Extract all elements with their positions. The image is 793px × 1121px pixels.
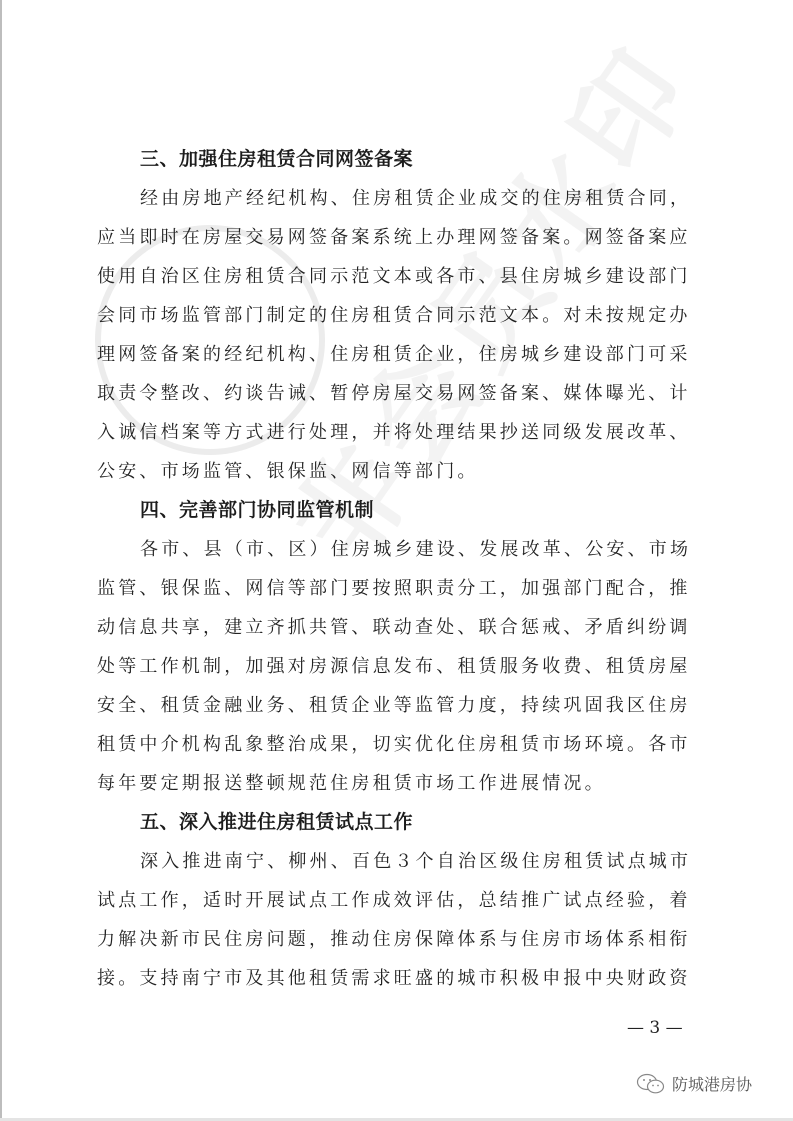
section-3: 三、加强住房租赁合同网签备案 经由房地产经纪机构、住房租赁企业成交的住房租赁合同…	[97, 140, 703, 491]
section-paragraph: 各市、县（市、区）住房城乡建设、发展改革、公安、市场 监管、银保监、网信等部门要…	[97, 530, 703, 803]
text-line: 动信息共享，建立齐抓共管、联动查处、联合惩戒、矛盾纠纷调	[97, 608, 703, 647]
text-line: 每年要定期报送整顿规范住房租赁市场工作进展情况。	[97, 764, 703, 803]
text-line: 经由房地产经纪机构、住房租赁企业成交的住房租赁合同，	[97, 179, 703, 218]
page-left-edge	[0, 0, 2, 1121]
text-line: 监管、银保监、网信等部门要按照职责分工，加强部门配合，推	[97, 569, 703, 608]
section-heading: 三、加强住房租赁合同网签备案	[97, 140, 703, 179]
document-page: 三、加强住房租赁合同网签备案 经由房地产经纪机构、住房租赁企业成交的住房租赁合同…	[97, 140, 703, 998]
page-number: — 3 —	[627, 1018, 683, 1038]
text-line: 处等工作机制，加强对房源信息发布、租赁服务收费、租赁房屋	[97, 647, 703, 686]
text-line: 理网签备案的经纪机构、住房租赁企业，住房城乡建设部门可采	[97, 335, 703, 374]
wechat-icon	[636, 1073, 666, 1095]
section-heading: 四、完善部门协同监管机制	[97, 491, 703, 530]
section-heading: 五、深入推进住房租赁试点工作	[97, 803, 703, 842]
text-line: 会同市场监管部门制定的住房租赁合同示范文本。对未按规定办	[97, 296, 703, 335]
text-line: 深入推进南宁、柳州、百色３个自治区级住房租赁试点城市	[97, 842, 703, 881]
text-line: 试点工作，适时开展试点工作成效评估，总结推广试点经验，着	[97, 881, 703, 920]
source-attribution: 防城港房协	[636, 1072, 752, 1095]
text-line: 安全、租赁金融业务、租赁企业等监管力度，持续巩固我区住房	[97, 686, 703, 725]
text-line: 入诚信档案等方式进行处理，并将处理结果抄送同级发展改革、	[97, 413, 703, 452]
text-line: 力解决新市民住房问题，推动住房保障体系与住房市场体系相衔	[97, 920, 703, 959]
account-name: 防城港房协	[672, 1072, 752, 1095]
text-line: 接。支持南宁市及其他租赁需求旺盛的城市积极申报中央财政资	[97, 959, 703, 998]
section-5: 五、深入推进住房租赁试点工作 深入推进南宁、柳州、百色３个自治区级住房租赁试点城…	[97, 803, 703, 998]
text-line: 租赁中介机构乱象整治成果，切实优化住房租赁市场环境。各市	[97, 725, 703, 764]
section-4: 四、完善部门协同监管机制 各市、县（市、区）住房城乡建设、发展改革、公安、市场 …	[97, 491, 703, 803]
text-line: 公安、市场监管、银保监、网信等部门。	[97, 452, 703, 491]
section-paragraph: 经由房地产经纪机构、住房租赁企业成交的住房租赁合同， 应当即时在房屋交易网签备案…	[97, 179, 703, 491]
text-line: 取责令整改、约谈告诫、暂停房屋交易网签备案、媒体曝光、计	[97, 374, 703, 413]
section-paragraph: 深入推进南宁、柳州、百色３个自治区级住房租赁试点城市 试点工作，适时开展试点工作…	[97, 842, 703, 998]
text-line: 使用自治区住房租赁合同示范文本或各市、县住房城乡建设部门	[97, 257, 703, 296]
text-line: 应当即时在房屋交易网签备案系统上办理网签备案。网签备案应	[97, 218, 703, 257]
text-line: 各市、县（市、区）住房城乡建设、发展改革、公安、市场	[97, 530, 703, 569]
